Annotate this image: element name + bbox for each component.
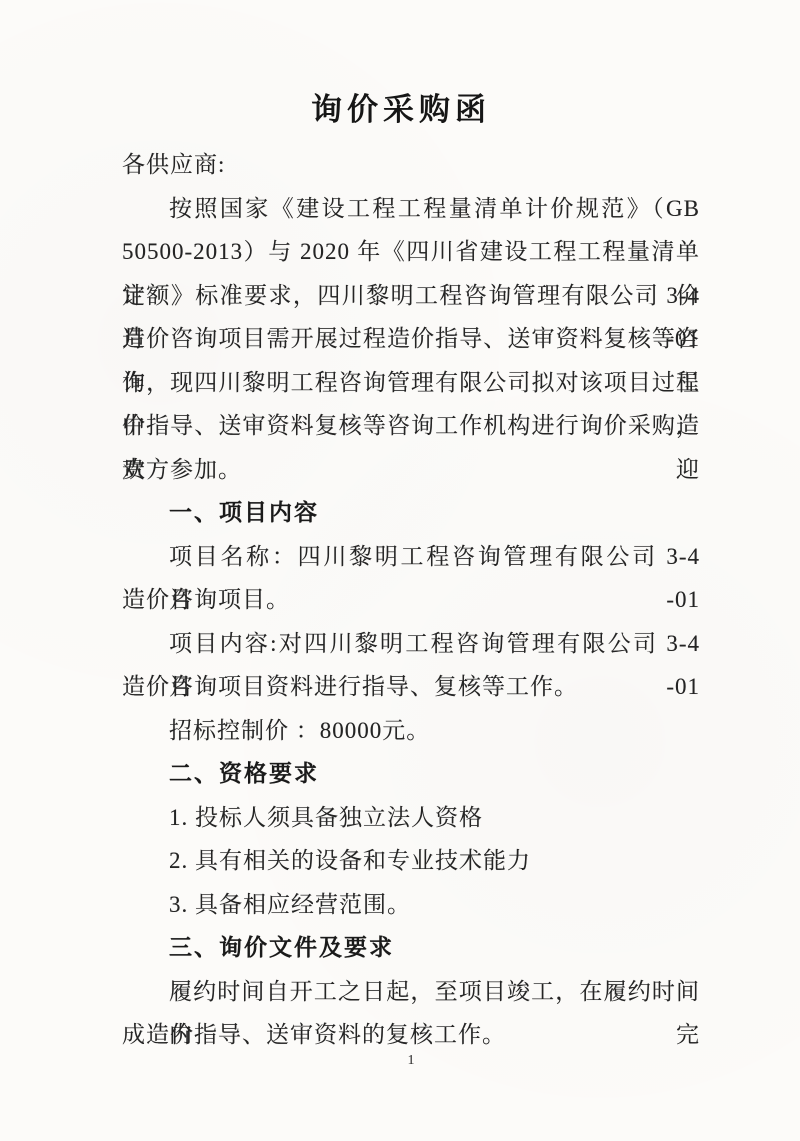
document-line: 定额》标准要求，四川黎明工程咨询管理有限公司 3-4 月-01 (122, 274, 700, 318)
document-line: 项目内容:对四川黎明工程咨询管理有限公司 3-4 月-01 (122, 622, 700, 666)
document-line: 按照国家《建设工程工程量清单计价规范》（GB (122, 187, 700, 231)
document-line: 招标控制价 ：80000元。 (122, 709, 700, 753)
document-line: 项目名称：四川黎明工程咨询管理有限公司 3-4 月-01 (122, 535, 700, 579)
document-line: 造价咨询项目需开展过程造价指导、送审资料复核等咨询工 (122, 317, 700, 361)
section-heading: 一、项目内容 (122, 491, 700, 535)
document-line: 50500-2013）与 2020 年《四川省建设工程工程量清单计价 (122, 230, 700, 274)
section-heading: 二、资格要求 (122, 752, 700, 796)
document-line: 作，现四川黎明工程咨询管理有限公司拟对该项目过程中造 (122, 361, 700, 405)
page-number: 1 (122, 1053, 700, 1069)
list-item: 3. 具备相应经营范围。 (122, 883, 700, 927)
document-body: 各供应商: 按照国家《建设工程工程量清单计价规范》（GB 50500-2013）… (122, 143, 700, 1057)
document-line: 价指导、送审资料复核等咨询工作机构进行询价采购，欢迎 (122, 404, 700, 448)
document-page: 询价采购函 各供应商: 按照国家《建设工程工程量清单计价规范》（GB 50500… (0, 0, 800, 1141)
list-item: 1. 投标人须具备独立法人资格 (122, 796, 700, 840)
document-title: 询价采购函 (112, 0, 690, 129)
section-heading: 三、询价文件及要求 (122, 926, 700, 970)
salutation-line: 各供应商: (122, 143, 700, 187)
document-line: 履约时间自开工之日起，至项目竣工，在履约时间内完 (122, 970, 700, 1014)
list-item: 2. 具有相关的设备和专业技术能力 (122, 839, 700, 883)
